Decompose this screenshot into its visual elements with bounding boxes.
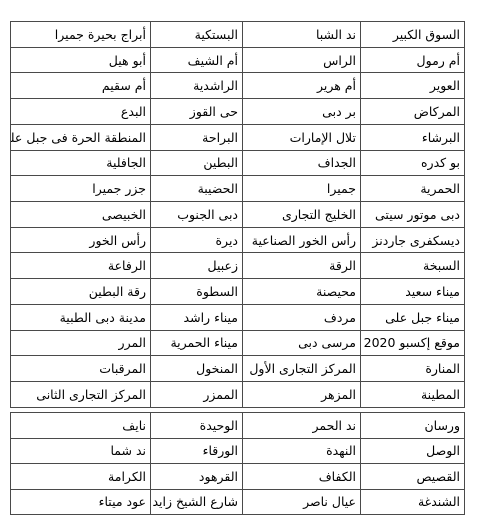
district-cell: أم الشيف — [151, 47, 243, 73]
table-row: أم رمولالراسأم الشيفأبو هيل — [11, 47, 465, 73]
table-row: المركاضبر دبىحى القوزالبدع — [11, 99, 465, 125]
district-cell: الخبيصى — [11, 202, 151, 228]
district-cell: المطينة — [361, 382, 465, 408]
districts-table-block2-body: ورسانند الحمرالوحيدةنايفالوصلالنهدةالورق… — [11, 413, 465, 515]
district-cell: ديرة — [151, 227, 243, 253]
district-cell: ميناء سعيد — [361, 279, 465, 305]
table-row: العويرأم هريرالراشديةأم سقيم — [11, 73, 465, 99]
district-cell: السطوة — [151, 279, 243, 305]
district-cell: مدينة دبى الطبية — [11, 304, 151, 330]
district-cell: رقة البطين — [11, 279, 151, 305]
district-cell: المركز التجارى الأول — [243, 356, 361, 382]
district-cell: المرر — [11, 330, 151, 356]
district-cell: الكرامة — [11, 464, 151, 490]
district-cell: الرقة — [243, 253, 361, 279]
district-cell: جميرا — [243, 176, 361, 202]
district-cell: جزر جميرا — [11, 176, 151, 202]
district-cell: أبراج بحيرة جميرا — [11, 22, 151, 48]
table-row: السوق الكبيرند الشباالبستكيةأبراج بحيرة … — [11, 22, 465, 48]
district-cell: ند الحمر — [243, 413, 361, 439]
district-cell: موقع إكسبو 2020 — [361, 330, 465, 356]
district-cell: الرفاعة — [11, 253, 151, 279]
district-cell: بو كدره — [361, 150, 465, 176]
district-cell: مردف — [243, 304, 361, 330]
table-row: بو كدرهالجدافالبطينالجافلية — [11, 150, 465, 176]
table-row: موقع إكسبو 2020مرسى دبىميناء الحمريةالمر… — [11, 330, 465, 356]
district-cell: رأس الخور الصناعية — [243, 227, 361, 253]
district-cell: مرسى دبى — [243, 330, 361, 356]
table-row: ورسانند الحمرالوحيدةنايف — [11, 413, 465, 439]
table-row: المنارةالمركز التجارى الأولالمنخولالمرقب… — [11, 356, 465, 382]
districts-table-block2: ورسانند الحمرالوحيدةنايفالوصلالنهدةالورق… — [10, 412, 465, 515]
district-cell: المزهر — [243, 382, 361, 408]
district-cell: المركاض — [361, 99, 465, 125]
district-cell: ميناء الحمرية — [151, 330, 243, 356]
district-cell: محيصنة — [243, 279, 361, 305]
table-row: ميناء جبل علىمردفميناء راشدمدينة دبى الط… — [11, 304, 465, 330]
district-cell: البستكية — [151, 22, 243, 48]
district-cell: المركز التجارى الثانى — [11, 382, 151, 408]
district-cell: ميناء جبل على — [361, 304, 465, 330]
district-cell: الورقاء — [151, 438, 243, 464]
district-cell: عيال ناصر — [243, 489, 361, 515]
table-row: الحمريةجميراالحضيبةجزر جميرا — [11, 176, 465, 202]
district-cell: المنطقة الحرة فى جبل على — [11, 124, 151, 150]
district-cell: الممزر — [151, 382, 243, 408]
district-cell: الكفاف — [243, 464, 361, 490]
district-cell: البراحة — [151, 124, 243, 150]
district-cell: الحمرية — [361, 176, 465, 202]
district-cell: شارع الشيخ زايد — [151, 489, 243, 515]
district-cell: بر دبى — [243, 99, 361, 125]
district-cell: الشندغة — [361, 489, 465, 515]
district-cell: الوحيدة — [151, 413, 243, 439]
district-cell: ديسكفرى جاردنز — [361, 227, 465, 253]
district-cell: المنخول — [151, 356, 243, 382]
district-cell: السبخة — [361, 253, 465, 279]
district-cell: أم رمول — [361, 47, 465, 73]
district-cell: ند الشبا — [243, 22, 361, 48]
district-cell: أم هرير — [243, 73, 361, 99]
district-cell: رأس الخور — [11, 227, 151, 253]
district-cell: البدع — [11, 99, 151, 125]
table-row: ميناء سعيدمحيصنةالسطوةرقة البطين — [11, 279, 465, 305]
district-cell: البطين — [151, 150, 243, 176]
district-cell: زعبيل — [151, 253, 243, 279]
district-cell: السوق الكبير — [361, 22, 465, 48]
table-row: البرشاءتلال الإماراتالبراحةالمنطقة الحرة… — [11, 124, 465, 150]
district-cell: الوصل — [361, 438, 465, 464]
district-cell: العوير — [361, 73, 465, 99]
district-cell: تلال الإمارات — [243, 124, 361, 150]
district-cell: البرشاء — [361, 124, 465, 150]
table-row: ديسكفرى جاردنزرأس الخور الصناعيةديرةرأس … — [11, 227, 465, 253]
table-row: الوصلالنهدةالورقاءند شما — [11, 438, 465, 464]
district-cell: حى القوز — [151, 99, 243, 125]
table-row: الشندغةعيال ناصرشارع الشيخ زايدعود ميتاء — [11, 489, 465, 515]
table-row: القصيصالكفافالقرهودالكرامة — [11, 464, 465, 490]
district-cell: المنارة — [361, 356, 465, 382]
district-cell: دبى موتور سيتى — [361, 202, 465, 228]
district-cell: الحضيبة — [151, 176, 243, 202]
district-cell: الجداف — [243, 150, 361, 176]
district-cell: الجافلية — [11, 150, 151, 176]
district-cell: القصيص — [361, 464, 465, 490]
district-cell: الراشدية — [151, 73, 243, 99]
districts-table-block1: السوق الكبيرند الشباالبستكيةأبراج بحيرة … — [10, 21, 465, 408]
district-cell: الخليج التجارى — [243, 202, 361, 228]
district-cell: عود ميتاء — [11, 489, 151, 515]
district-cell: أم سقيم — [11, 73, 151, 99]
table-row: المطينةالمزهرالممزرالمركز التجارى الثانى — [11, 382, 465, 408]
table-row: دبى موتور سيتىالخليج التجارىدبى الجنوبال… — [11, 202, 465, 228]
table-row: السبخةالرقةزعبيلالرفاعة — [11, 253, 465, 279]
district-cell: نايف — [11, 413, 151, 439]
district-cell: أبو هيل — [11, 47, 151, 73]
district-cell: ورسان — [361, 413, 465, 439]
district-cell: القرهود — [151, 464, 243, 490]
district-cell: ند شما — [11, 438, 151, 464]
district-cell: دبى الجنوب — [151, 202, 243, 228]
district-cell: ميناء راشد — [151, 304, 243, 330]
districts-table-block1-body: السوق الكبيرند الشباالبستكيةأبراج بحيرة … — [11, 22, 465, 408]
district-cell: المرقبات — [11, 356, 151, 382]
district-cell: النهدة — [243, 438, 361, 464]
district-cell: الراس — [243, 47, 361, 73]
